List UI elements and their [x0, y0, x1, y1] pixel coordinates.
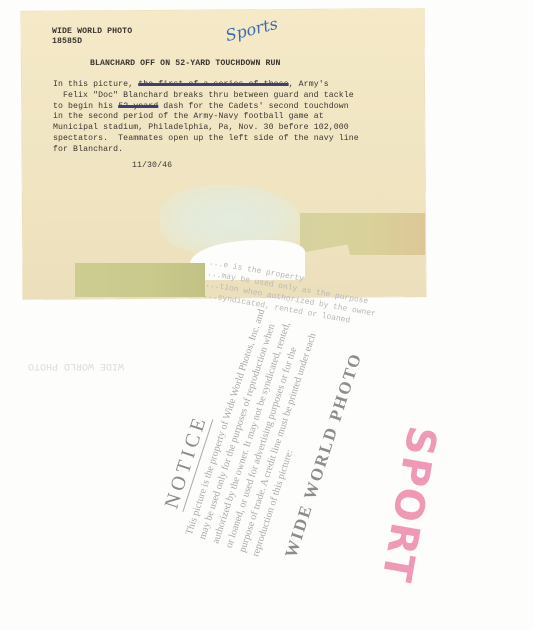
caption-headline: BLANCHARD OFF ON 52-YARD TOUCHDOWN RUN: [90, 59, 281, 70]
tape-strip-right: [300, 213, 425, 255]
caption-date: 11/30/46: [132, 161, 172, 172]
struck-text: 52-yeard: [118, 102, 158, 111]
caption-line: In this picture, the first of a series o…: [53, 80, 359, 91]
caption-line: Municipal stadium, Philadelphia, Pa, Nov…: [53, 123, 359, 134]
bleed-through-credit: WIDE WORLD PHOTO: [28, 360, 124, 371]
caption-line: to begin his 52-yeard dash for the Cadet…: [53, 102, 359, 113]
struck-text: the first of a series of these: [138, 80, 288, 89]
caption-line: for Blanchard.: [53, 145, 359, 156]
photo-id: 18585D: [52, 37, 82, 48]
caption-line: spectators. Teammates open up the left s…: [53, 134, 359, 145]
caption-body: In this picture, the first of a series o…: [53, 80, 359, 156]
caption-line: Felix "Doc" Blanchard breaks thru betwee…: [53, 91, 359, 102]
caption-line: in the second period of the Army-Navy fo…: [53, 112, 359, 123]
agency-name: WIDE WORLD PHOTO: [52, 27, 132, 38]
